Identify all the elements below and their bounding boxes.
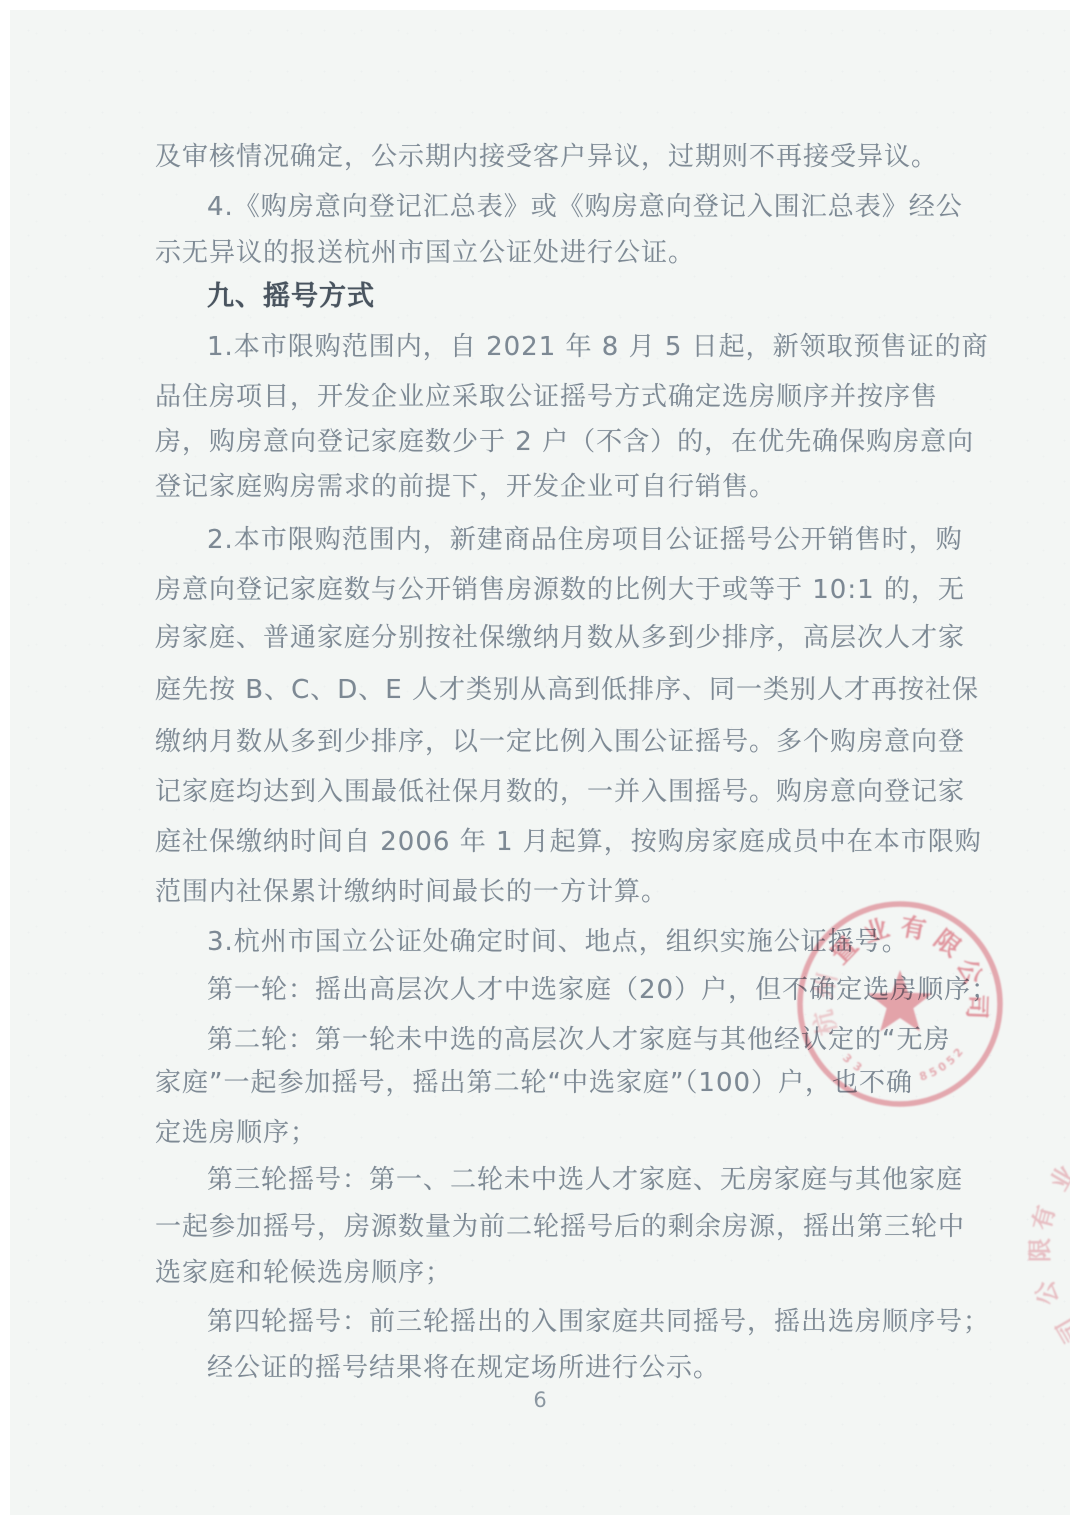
seal-arc-char: 公 — [951, 954, 988, 989]
document-line: 第三轮摇号：第一、二轮未中选人才家庭、无房家庭与其他家庭 — [155, 1163, 963, 1197]
document-line: 品住房项目，开发企业应采取公证摇号方式确定选房顺序并按序售 — [155, 380, 938, 414]
document-line: 房，购房意向登记家庭数少于 2 户（不含）的，在优先确保购房意向 — [155, 425, 974, 459]
document-page: 及审核情况确定，公示期内接受客户异议，过期则不再接受异议。 4.《购房意向登记汇… — [10, 10, 1070, 1515]
seal-arc-char: 置 — [825, 931, 863, 969]
seal-arc-char: 业 — [860, 913, 893, 948]
seal-arc-char: 有 — [899, 912, 929, 945]
document-line: 缴纳月数从多到少排序，以一定比例入围公证摇号。多个购房意向登 — [155, 725, 965, 759]
document-line: 示无异议的报送杭州市国立公证处进行公证。 — [155, 236, 695, 270]
scanned-document: { "page": { "number": "6" }, "colors": {… — [0, 0, 1080, 1527]
document-line: 经公证的摇号结果将在规定场所进行公示。 — [155, 1351, 720, 1385]
edge-seal-char: 司 — [1051, 1313, 1070, 1348]
document-line: 及审核情况确定，公示期内接受客户异议，过期则不再接受异议。 — [155, 140, 938, 174]
edge-seal-char: 限 — [1026, 1238, 1054, 1262]
seal-serial-digit: 3 — [840, 1051, 855, 1066]
document-line: 一起参加摇号，房源数量为前二轮摇号后的剩余房源，摇出第三轮中 — [155, 1210, 965, 1244]
company-seal-stamp: 杭 州 置 业 有 限 公 司 3 3 8 5 0 5 2 — [785, 889, 1015, 1119]
document-line: 范围内社保累计缴纳时间最长的一方计算。 — [155, 875, 668, 909]
document-line: 庭社保缴纳时间自 2006 年 1 月起算，按购房家庭成员中在本市限购 — [155, 825, 982, 859]
document-line: 房意向登记家庭数与公开销售房源数的比例大于或等于 10:1 的，无 — [155, 573, 965, 607]
section-heading: 九、摇号方式 — [155, 280, 375, 314]
partial-seal-stamp: 业 有 限 公 司 — [1010, 1150, 1070, 1410]
document-line: 记家庭均达到入围最低社保月数的，一并入围摇号。购房意向登记家 — [155, 775, 965, 809]
document-line: 1.本市限购范围内，自 2021 年 8 月 5 日起，新领取预售证的商 — [155, 330, 989, 364]
document-line: 房家庭、普通家庭分别按社保缴纳月数从多到少排序，高层次人才家 — [155, 621, 965, 655]
document-line: 定选房顺序； — [155, 1116, 317, 1150]
star-icon — [868, 970, 933, 1032]
page-number: 6 — [10, 1388, 1070, 1412]
seal-arc-char: 司 — [962, 994, 992, 1020]
document-line: 2.本市限购范围内，新建商品住房项目公证摇号公开销售时，购 — [155, 523, 963, 557]
document-line: 4.《购房意向登记汇总表》或《购房意向登记入围汇总表》经公 — [155, 190, 963, 224]
edge-seal-char: 业 — [1045, 1161, 1070, 1196]
document-line: 登记家庭购房需求的前提下，开发企业可自行销售。 — [155, 470, 776, 504]
seal-arc-char: 州 — [808, 970, 842, 1001]
document-line: 第四轮摇号：前三轮摇出的入围家庭共同摇号，摇出选房顺序号； — [155, 1305, 990, 1339]
document-line: 选家庭和轮候选房顺序； — [155, 1256, 452, 1290]
seal-arc-char: 杭 — [808, 1007, 842, 1038]
document-line: 庭先按 B、C、D、E 人才类别从高到低排序、同一类别人才再按社保 — [155, 673, 979, 707]
seal-arc-char: 限 — [929, 924, 967, 962]
edge-seal-char: 有 — [1027, 1203, 1060, 1233]
edge-seal-char: 公 — [1030, 1278, 1063, 1308]
seal-serial-digit: 3 — [851, 1059, 865, 1074]
